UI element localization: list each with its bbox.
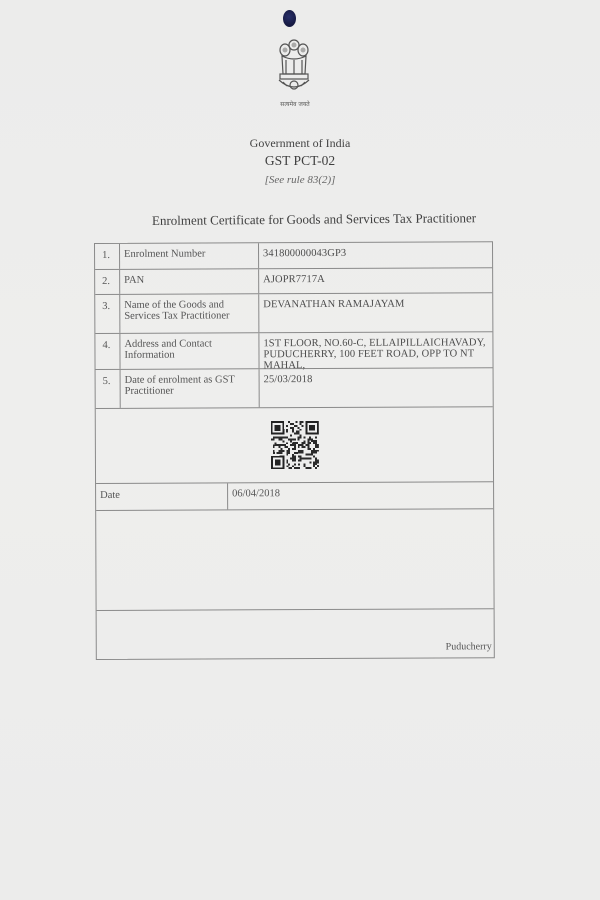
government-heading: Government of India — [0, 136, 600, 151]
address-value: 1ST FLOOR, NO.60-C, ELLAIPILLAICHAVADY, … — [259, 332, 492, 368]
date-label: Date — [96, 483, 228, 510]
row-number: 4. — [95, 334, 120, 369]
table-row: 4. Address and Contact Information 1ST F… — [95, 332, 492, 370]
row-label: Address and Contact Information — [120, 333, 259, 369]
practitioner-name-value: DEVANATHAN RAMAJAYAM — [259, 293, 492, 332]
table-row: 1. Enrolment Number 341800000043GP3 — [95, 242, 492, 270]
row-label: PAN — [120, 269, 259, 294]
emblem-motto: सत्यमेव जयते — [270, 100, 320, 108]
place-label: Puducherry — [446, 641, 492, 652]
rule-reference: [See rule 83(2)] — [0, 174, 600, 186]
row-label: Name of the Goods and Services Tax Pract… — [120, 294, 259, 333]
certificate-title: Enrolment Certificate for Goods and Serv… — [152, 210, 476, 229]
row-number: 3. — [95, 295, 120, 333]
row-number: 1. — [95, 244, 120, 269]
form-number: GST PCT-02 — [0, 153, 600, 169]
row-label: Date of enrolment as GST Practitioner — [121, 369, 260, 408]
qr-code-icon — [270, 415, 318, 475]
certificate-table: 1. Enrolment Number 341800000043GP3 2. P… — [94, 241, 495, 660]
row-number: 5. — [96, 370, 121, 408]
table-row: 5. Date of enrolment as GST Practitioner… — [96, 368, 493, 409]
ink-mark — [283, 10, 296, 27]
date-row: Date 06/04/2018 — [96, 482, 493, 511]
row-number: 2. — [95, 270, 120, 294]
place-row: Puducherry — [97, 609, 494, 659]
qr-row — [96, 407, 493, 484]
date-value: 06/04/2018 — [228, 482, 493, 509]
table-row: 3. Name of the Goods and Services Tax Pr… — [95, 293, 492, 334]
row-label: Enrolment Number — [120, 243, 259, 269]
enrolment-number-value: 341800000043GP3 — [259, 242, 492, 268]
table-row: 2. PAN AJOPR7717A — [95, 268, 492, 295]
pan-value: AJOPR7717A — [259, 268, 492, 293]
signature-area — [96, 509, 493, 611]
national-emblem-icon — [274, 36, 314, 98]
enrolment-date-value: 25/03/2018 — [260, 368, 493, 407]
